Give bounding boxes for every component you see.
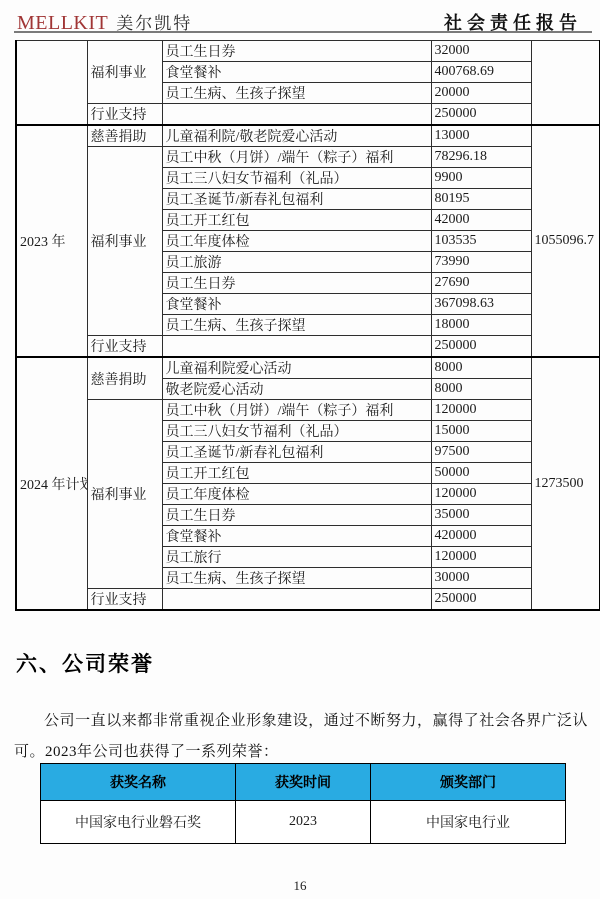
item-cell: 员工生日券	[162, 273, 431, 294]
item-cell: 员工旅游	[162, 252, 431, 273]
welfare-row: 福利事业员工中秋（月饼）/端午（粽子）福利120000	[16, 400, 600, 421]
honors-paragraph: 公司一直以来都非常重视企业形象建设，通过不断努力，赢得了社会各界广泛认可。202…	[14, 706, 588, 768]
item-cell: 员工开工红包	[162, 210, 431, 231]
category-cell: 福利事业	[87, 147, 162, 336]
award-name-cell: 中国家电行业磐石奖	[41, 801, 236, 844]
item-cell: 员工生病、生孩子探望	[162, 83, 431, 104]
welfare-row: 福利事业员工中秋（月饼）/端午（粽子）福利78296.18	[16, 147, 600, 168]
value-cell: 250000	[431, 589, 531, 611]
page-number: 16	[0, 878, 600, 894]
awards-col-time: 获奖时间	[236, 764, 371, 801]
value-cell: 9900	[431, 168, 531, 189]
category-cell: 行业支持	[87, 336, 162, 358]
category-cell: 福利事业	[87, 400, 162, 589]
item-cell: 员工圣诞节/新春礼包福利	[162, 442, 431, 463]
value-cell: 73990	[431, 252, 531, 273]
value-cell: 27690	[431, 273, 531, 294]
category-cell: 行业支持	[87, 104, 162, 126]
item-cell: 员工年度体检	[162, 231, 431, 252]
value-cell: 20000	[431, 83, 531, 104]
value-cell: 103535	[431, 231, 531, 252]
value-cell: 367098.63	[431, 294, 531, 315]
category-cell: 行业支持	[87, 589, 162, 611]
welfare-row: 福利事业员工生日券32000	[16, 41, 600, 62]
item-cell: 儿童福利院/敬老院爱心活动	[162, 125, 431, 147]
awards-header-row: 获奖名称 获奖时间 颁奖部门	[41, 764, 566, 801]
welfare-table-body: 福利事业员工生日券32000食堂餐补400768.69员工生病、生孩子探望200…	[16, 41, 600, 611]
value-cell: 97500	[431, 442, 531, 463]
value-cell: 250000	[431, 336, 531, 358]
item-cell: 食堂餐补	[162, 526, 431, 547]
value-cell: 120000	[431, 400, 531, 421]
value-cell: 32000	[431, 41, 531, 62]
value-cell: 8000	[431, 379, 531, 400]
item-cell: 员工中秋（月饼）/端午（粽子）福利	[162, 400, 431, 421]
item-cell: 食堂餐补	[162, 294, 431, 315]
year-cell	[16, 41, 87, 126]
item-cell: 员工中秋（月饼）/端午（粽子）福利	[162, 147, 431, 168]
value-cell: 80195	[431, 189, 531, 210]
awards-row: 中国家电行业磐石奖 2023 中国家电行业	[41, 801, 566, 844]
item-cell: 敬老院爱心活动	[162, 379, 431, 400]
report-page: MELLKIT 美尔凯特 社会责任报告 福利事业员工生日券32000食堂餐补40…	[0, 0, 600, 899]
value-cell: 420000	[431, 526, 531, 547]
welfare-row: 行业支持250000	[16, 589, 600, 611]
welfare-row: 行业支持250000	[16, 104, 600, 126]
awards-col-name: 获奖名称	[41, 764, 236, 801]
item-cell: 员工年度体检	[162, 484, 431, 505]
category-cell: 慈善捐助	[87, 357, 162, 400]
year-cell: 2024 年计划	[16, 357, 87, 610]
value-cell: 18000	[431, 315, 531, 336]
welfare-row: 行业支持250000	[16, 336, 600, 358]
value-cell: 15000	[431, 421, 531, 442]
item-cell: 员工生病、生孩子探望	[162, 315, 431, 336]
award-time-cell: 2023	[236, 801, 371, 844]
item-cell	[162, 589, 431, 611]
item-cell	[162, 336, 431, 358]
total-cell	[531, 41, 600, 126]
item-cell: 员工开工红包	[162, 463, 431, 484]
value-cell: 120000	[431, 484, 531, 505]
year-cell: 2023 年	[16, 125, 87, 357]
total-cell: 1055096.7	[531, 125, 600, 357]
value-cell: 78296.18	[431, 147, 531, 168]
item-cell: 员工生日券	[162, 505, 431, 526]
value-cell: 42000	[431, 210, 531, 231]
item-cell: 员工生日券	[162, 41, 431, 62]
welfare-expense-table: 福利事业员工生日券32000食堂餐补400768.69员工生病、生孩子探望200…	[15, 40, 600, 611]
item-cell: 儿童福利院爱心活动	[162, 357, 431, 379]
value-cell: 35000	[431, 505, 531, 526]
value-cell: 50000	[431, 463, 531, 484]
value-cell: 250000	[431, 104, 531, 126]
value-cell: 30000	[431, 568, 531, 589]
item-cell: 员工圣诞节/新春礼包福利	[162, 189, 431, 210]
item-cell: 食堂餐补	[162, 62, 431, 83]
item-cell: 员工三八妇女节福利（礼品）	[162, 421, 431, 442]
total-cell: 1273500	[531, 357, 600, 610]
awards-table: 获奖名称 获奖时间 颁奖部门 中国家电行业磐石奖 2023 中国家电行业	[40, 763, 566, 844]
award-department-cell: 中国家电行业	[371, 801, 566, 844]
value-cell: 8000	[431, 357, 531, 379]
item-cell: 员工旅行	[162, 547, 431, 568]
section-heading-honors: 六、公司荣誉	[16, 648, 154, 678]
awards-col-department: 颁奖部门	[371, 764, 566, 801]
welfare-row: 2023 年慈善捐助儿童福利院/敬老院爱心活动130001055096.7	[16, 125, 600, 147]
item-cell: 员工三八妇女节福利（礼品）	[162, 168, 431, 189]
value-cell: 13000	[431, 125, 531, 147]
category-cell: 慈善捐助	[87, 125, 162, 147]
value-cell: 120000	[431, 547, 531, 568]
category-cell: 福利事业	[87, 41, 162, 104]
welfare-row: 2024 年计划慈善捐助儿童福利院爱心活动80001273500	[16, 357, 600, 379]
header-rule	[14, 31, 592, 33]
value-cell: 400768.69	[431, 62, 531, 83]
item-cell: 员工生病、生孩子探望	[162, 568, 431, 589]
item-cell	[162, 104, 431, 126]
